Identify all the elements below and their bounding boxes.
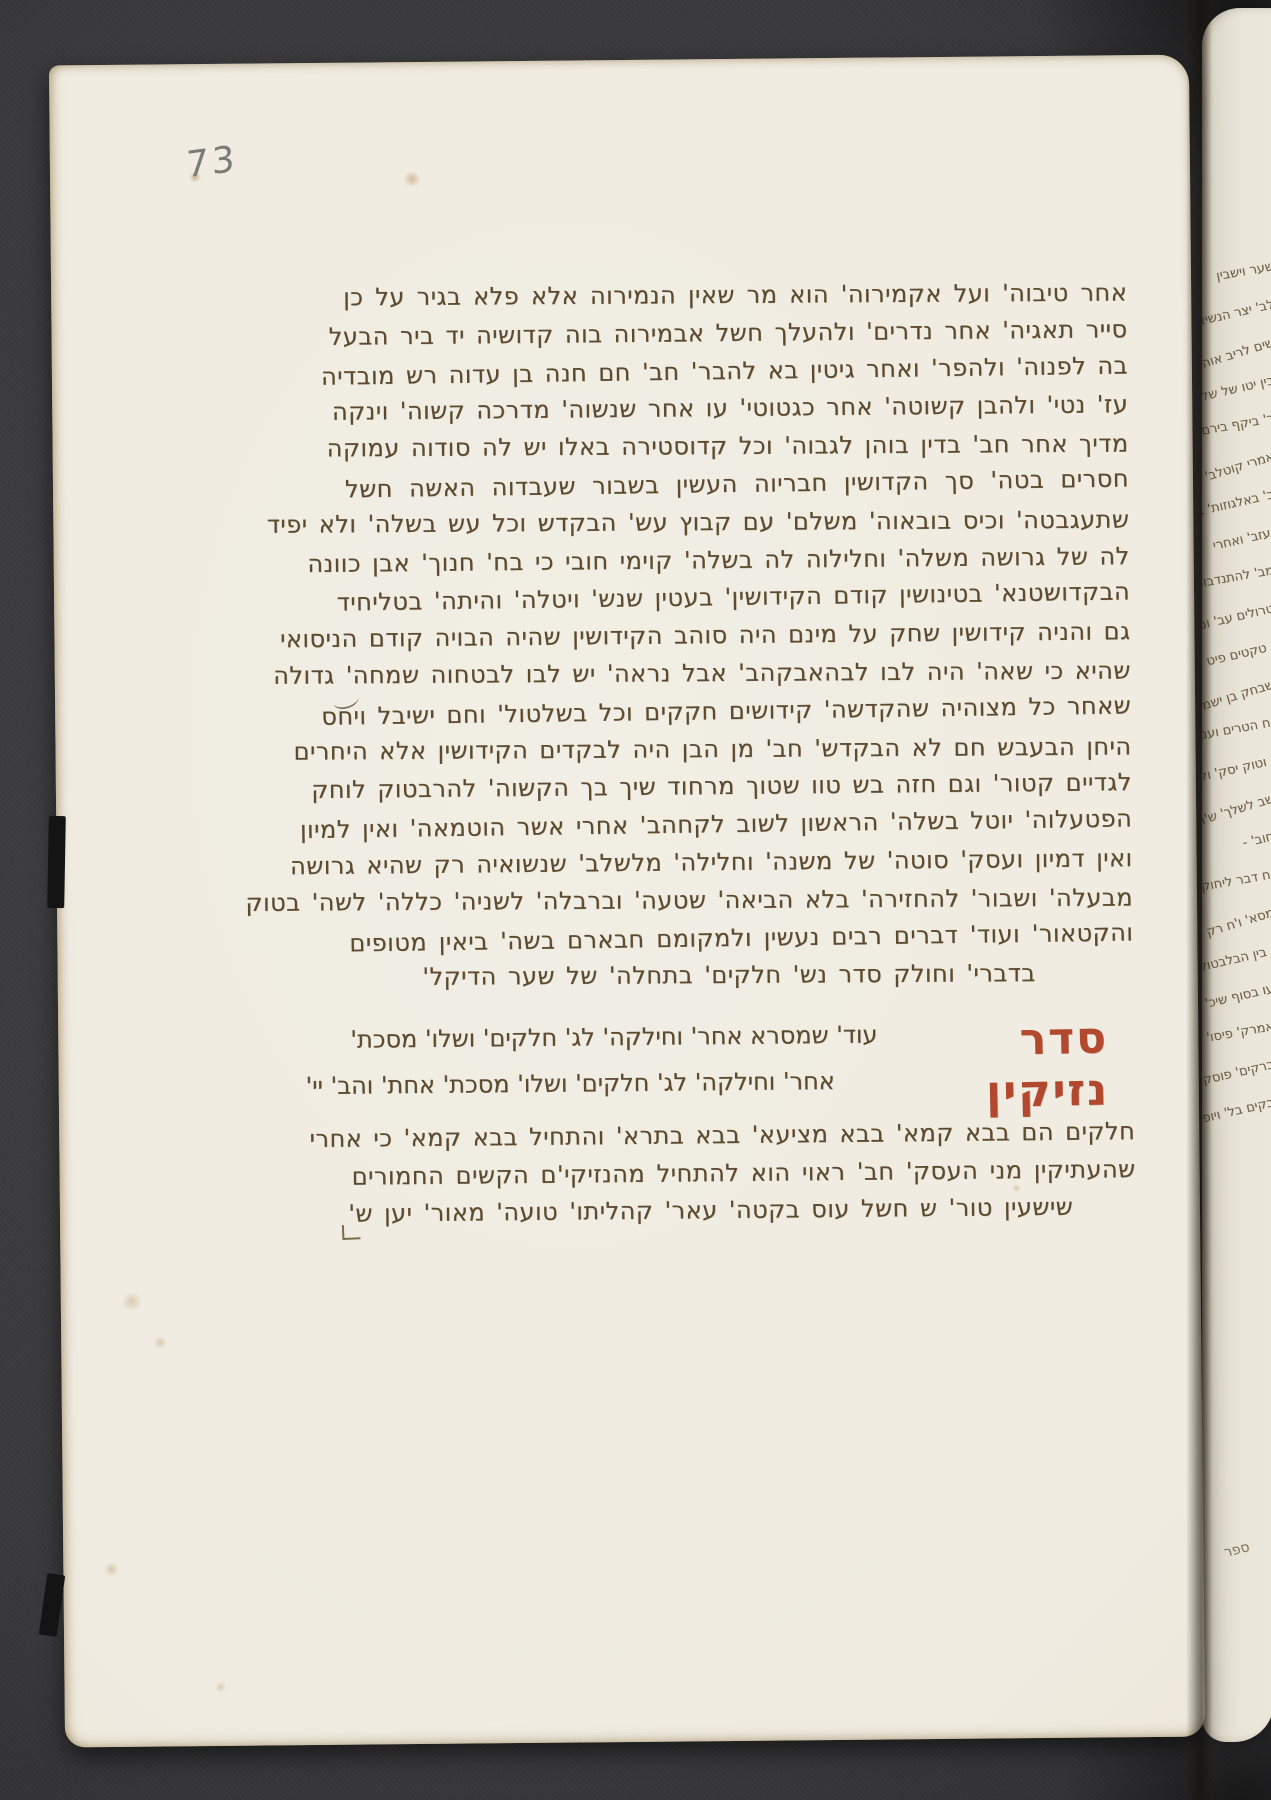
main-text-block: אחר טיבוה' ועל אקמירוה' הוא מר שאין הנמי…: [343, 273, 1134, 999]
foxing-stain: [153, 1336, 167, 1348]
manuscript-text-line: שישעין טור' ש חשל עוס בקטה' עאר' קהליתו'…: [352, 1189, 1080, 1233]
adjacent-page-edge: שער וישביןלב' יצר הנשיא' ךלשים לריב אוהב…: [1202, 8, 1271, 1742]
adjacent-text-fragments: שער וישביןלב' יצר הנשיא' ךלשים לריב אוהב…: [1204, 248, 1271, 1122]
manuscript-text-line: שתעגבטה' וכיס בובאוה' משלם' עם קבוץ עש' …: [345, 501, 1129, 544]
manuscript-page: 73 אחר טיבוה' ועל אקמירוה' הוא מר שאין ה…: [49, 55, 1205, 1748]
foxing-stain: [402, 172, 422, 186]
gutter-shadow: [1186, 0, 1212, 1800]
manuscript-text-line: בדברי' וחולק סדר נש' חלקים' בתחלה' של שע…: [350, 955, 1134, 998]
section-heading-rubric: סדר נזיקין: [923, 1012, 1110, 1120]
foxing-stain: [214, 1682, 226, 1692]
closing-paragraph: חלקים הם בבא קמא' בבא מציעא' בבא בתרא' ו…: [351, 1113, 1136, 1233]
subheading-line: אחר' וחילקה' לג' חלקים' ושלו' מסכת' אחת'…: [435, 1064, 835, 1102]
foxing-stain: [121, 1293, 143, 1311]
folio-number: 73: [186, 138, 238, 186]
manuscript-text-line: היחן הבעבש חם לא הבקדש' חב' מן הבן היה ל…: [347, 728, 1131, 771]
heading-line-continuation: עוד' שמסרא אחר' וחילקה' לג' חלקים' ושלו'…: [350, 1018, 877, 1057]
foxing-stain: [103, 1563, 119, 1576]
main-paragraph: אחר טיבוה' ועל אקמירוה' הוא מר שאין הנמי…: [343, 273, 1134, 999]
corner-mark-icon: [342, 1224, 361, 1240]
manuscript-text-line: אחר טיבוה' ועל אקמירוה' הוא מר שאין הנמי…: [343, 275, 1127, 318]
catchword: ספר: [1222, 1539, 1251, 1561]
binding-tab-upper: [47, 816, 66, 908]
